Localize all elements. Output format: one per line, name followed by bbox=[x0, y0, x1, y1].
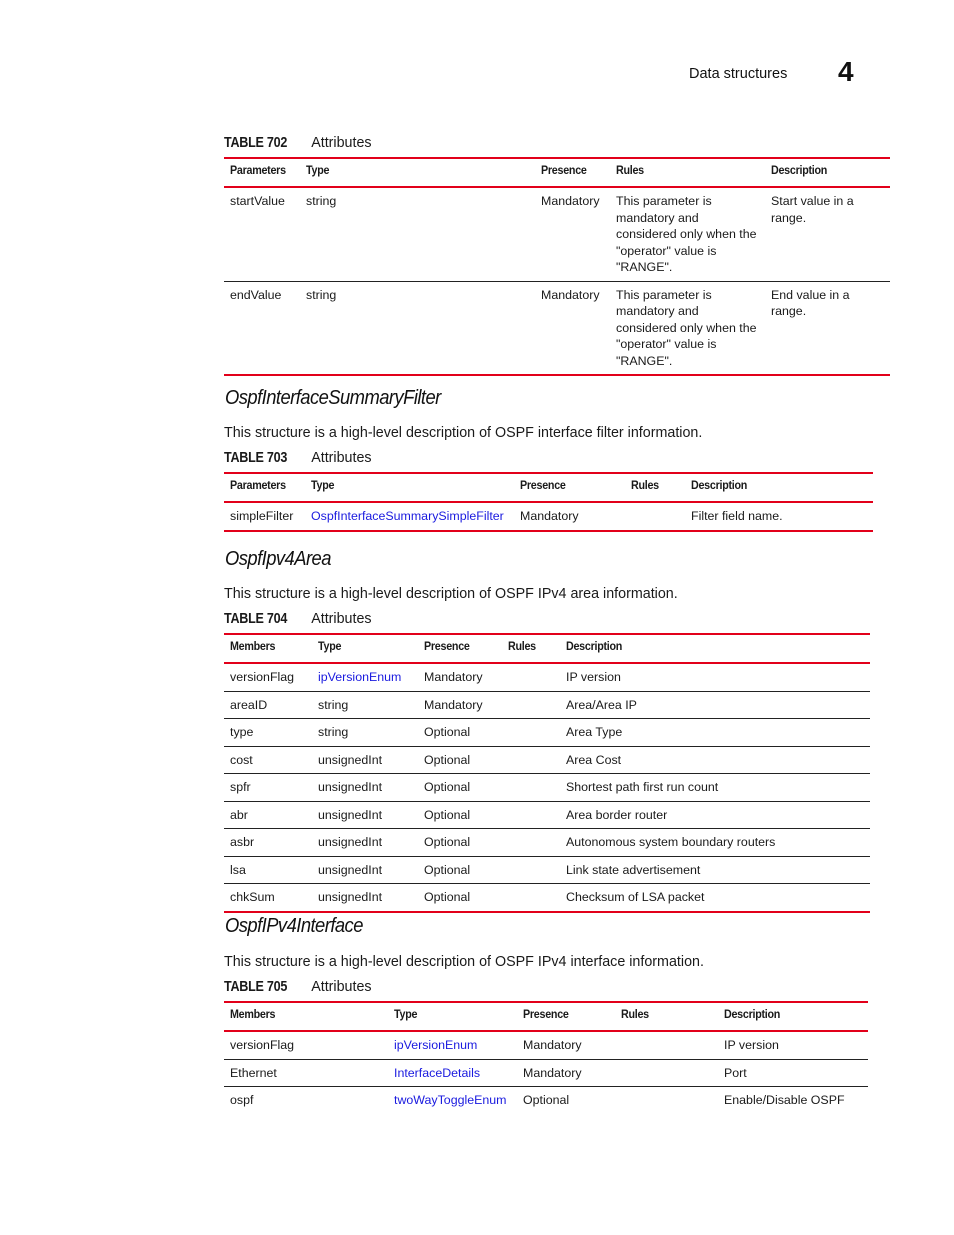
table-row: spfrunsignedIntOptionalShortest path fir… bbox=[224, 774, 870, 802]
cell-rules bbox=[625, 502, 685, 531]
column-header-label: Type bbox=[306, 163, 329, 177]
column-header: Parameters bbox=[224, 473, 305, 502]
column-header-label: Description bbox=[724, 1007, 780, 1021]
cell-presence: Optional bbox=[418, 884, 502, 912]
column-header: Members bbox=[224, 634, 312, 663]
cell-description: Autonomous system boundary routers bbox=[560, 829, 870, 857]
table-header-row: ParametersTypePresenceRulesDescription bbox=[224, 158, 890, 187]
table-705: MembersTypePresenceRulesDescriptionversi… bbox=[224, 1001, 868, 1114]
table-header-row: MembersTypePresenceRulesDescription bbox=[224, 634, 870, 663]
cell-rules bbox=[502, 829, 560, 857]
table-704-caption: TABLE 704 Attributes bbox=[224, 611, 372, 627]
table-703-caption: TABLE 703 Attributes bbox=[224, 450, 372, 466]
cell-rules: This parameter is mandatory and consider… bbox=[610, 281, 765, 375]
cell-type: string bbox=[312, 719, 418, 747]
column-header-label: Members bbox=[230, 1007, 275, 1021]
table-704: MembersTypePresenceRulesDescriptionversi… bbox=[224, 633, 870, 913]
table-row: ospftwoWayToggleEnumOptionalEnable/Disab… bbox=[224, 1087, 868, 1114]
table-row: simpleFilterOspfInterfaceSummarySimpleFi… bbox=[224, 502, 873, 531]
cell-description: Area border router bbox=[560, 801, 870, 829]
column-header: Description bbox=[560, 634, 870, 663]
cell-description: Area Type bbox=[560, 719, 870, 747]
cell-description: IP version bbox=[560, 663, 870, 691]
section-description: This structure is a high-level descripti… bbox=[224, 954, 704, 970]
table-row: EthernetInterfaceDetailsMandatoryPort bbox=[224, 1059, 868, 1087]
column-header-label: Description bbox=[691, 478, 747, 492]
table-number: TABLE 705 bbox=[224, 979, 298, 995]
cell-description: Shortest path first run count bbox=[560, 774, 870, 802]
column-header: Type bbox=[300, 158, 535, 187]
column-header: Type bbox=[305, 473, 514, 502]
table-number: TABLE 703 bbox=[224, 450, 298, 466]
column-header-label: Type bbox=[311, 478, 334, 492]
cell-name: chkSum bbox=[224, 884, 312, 912]
cell-name: areaID bbox=[224, 691, 312, 719]
cell-type: unsignedInt bbox=[312, 829, 418, 857]
table-702-caption: TABLE 702 Attributes bbox=[224, 135, 372, 151]
table-header-row: MembersTypePresenceRulesDescription bbox=[224, 1002, 868, 1031]
cell-presence: Optional bbox=[418, 856, 502, 884]
cell-presence: Optional bbox=[418, 719, 502, 747]
cell-rules bbox=[502, 746, 560, 774]
column-header-label: Members bbox=[230, 639, 275, 653]
section-description: This structure is a high-level descripti… bbox=[224, 586, 678, 602]
type-link[interactable]: ipVersionEnum bbox=[388, 1031, 517, 1059]
cell-rules bbox=[502, 801, 560, 829]
cell-presence: Optional bbox=[517, 1087, 615, 1114]
cell-presence: Optional bbox=[418, 774, 502, 802]
page-header: Data structures 4 bbox=[0, 58, 954, 98]
cell-presence: Mandatory bbox=[418, 663, 502, 691]
column-header-label: Parameters bbox=[230, 478, 286, 492]
column-header: Presence bbox=[418, 634, 502, 663]
chapter-number: 4 bbox=[838, 56, 854, 88]
cell-description: Filter field name. bbox=[685, 502, 873, 531]
cell-name: cost bbox=[224, 746, 312, 774]
table-number: TABLE 702 bbox=[224, 135, 298, 151]
cell-rules bbox=[502, 691, 560, 719]
cell-presence: Mandatory bbox=[535, 281, 610, 375]
column-header-label: Description bbox=[771, 163, 827, 177]
column-header: Presence bbox=[514, 473, 625, 502]
cell-rules bbox=[502, 719, 560, 747]
cell-name: abr bbox=[224, 801, 312, 829]
column-header: Description bbox=[765, 158, 890, 187]
cell-name: lsa bbox=[224, 856, 312, 884]
cell-name: asbr bbox=[224, 829, 312, 857]
column-header-label: Parameters bbox=[230, 163, 286, 177]
column-header: Type bbox=[388, 1002, 517, 1031]
cell-presence: Mandatory bbox=[517, 1031, 615, 1059]
column-header-label: Presence bbox=[541, 163, 587, 177]
cell-name: ospf bbox=[224, 1087, 388, 1114]
cell-description: Area/Area IP bbox=[560, 691, 870, 719]
table-row: versionFlagipVersionEnumMandatoryIP vers… bbox=[224, 1031, 868, 1059]
cell-rules bbox=[502, 856, 560, 884]
cell-name: endValue bbox=[224, 281, 300, 375]
table-row: asbrunsignedIntOptionalAutonomous system… bbox=[224, 829, 870, 857]
table-row: costunsignedIntOptionalArea Cost bbox=[224, 746, 870, 774]
cell-type: string bbox=[312, 691, 418, 719]
table-row: endValuestringMandatoryThis parameter is… bbox=[224, 281, 890, 375]
column-header: Rules bbox=[625, 473, 685, 502]
cell-rules bbox=[502, 663, 560, 691]
cell-name: startValue bbox=[224, 187, 300, 281]
cell-type: string bbox=[300, 187, 535, 281]
cell-rules bbox=[615, 1087, 718, 1114]
cell-type: unsignedInt bbox=[312, 801, 418, 829]
cell-type: unsignedInt bbox=[312, 856, 418, 884]
column-header-label: Description bbox=[566, 639, 622, 653]
table-header-row: ParametersTypePresenceRulesDescription bbox=[224, 473, 873, 502]
cell-description: Checksum of LSA packet bbox=[560, 884, 870, 912]
cell-rules bbox=[502, 774, 560, 802]
table-row: chkSumunsignedIntOptionalChecksum of LSA… bbox=[224, 884, 870, 912]
cell-presence: Optional bbox=[418, 801, 502, 829]
column-header-label: Rules bbox=[631, 478, 659, 492]
type-link[interactable]: twoWayToggleEnum bbox=[388, 1087, 517, 1114]
column-header: Rules bbox=[615, 1002, 718, 1031]
type-link[interactable]: InterfaceDetails bbox=[388, 1059, 517, 1087]
section-description: This structure is a high-level descripti… bbox=[224, 425, 702, 441]
column-header-label: Rules bbox=[508, 639, 536, 653]
column-header: Description bbox=[718, 1002, 868, 1031]
table-705-caption: TABLE 705 Attributes bbox=[224, 979, 372, 995]
type-link[interactable]: OspfInterfaceSummarySimpleFilter bbox=[305, 502, 514, 531]
table-row: areaIDstringMandatoryArea/Area IP bbox=[224, 691, 870, 719]
cell-description: Start value in a range. bbox=[765, 187, 890, 281]
cell-description: Link state advertisement bbox=[560, 856, 870, 884]
column-header: Presence bbox=[535, 158, 610, 187]
table-row: lsaunsignedIntOptionalLink state adverti… bbox=[224, 856, 870, 884]
section-title-ospf-ipv4-interface: OspfIPv4Interface bbox=[225, 915, 363, 938]
cell-name: type bbox=[224, 719, 312, 747]
cell-presence: Mandatory bbox=[517, 1059, 615, 1087]
cell-type: unsignedInt bbox=[312, 884, 418, 912]
cell-type: string bbox=[300, 281, 535, 375]
column-header: Type bbox=[312, 634, 418, 663]
column-header: Rules bbox=[502, 634, 560, 663]
table-702: ParametersTypePresenceRulesDescriptionst… bbox=[224, 157, 890, 376]
cell-rules bbox=[615, 1059, 718, 1087]
table-label: Attributes bbox=[311, 450, 371, 466]
column-header-label: Rules bbox=[621, 1007, 649, 1021]
column-header: Description bbox=[685, 473, 873, 502]
cell-description: IP version bbox=[718, 1031, 868, 1059]
cell-description: Area Cost bbox=[560, 746, 870, 774]
cell-presence: Optional bbox=[418, 829, 502, 857]
column-header-label: Rules bbox=[616, 163, 644, 177]
cell-presence: Optional bbox=[418, 746, 502, 774]
cell-description: Enable/Disable OSPF bbox=[718, 1087, 868, 1114]
column-header-label: Presence bbox=[523, 1007, 569, 1021]
cell-description: Port bbox=[718, 1059, 868, 1087]
column-header-label: Type bbox=[318, 639, 341, 653]
cell-presence: Mandatory bbox=[514, 502, 625, 531]
table-number: TABLE 704 bbox=[224, 611, 298, 627]
type-link[interactable]: ipVersionEnum bbox=[312, 663, 418, 691]
cell-name: versionFlag bbox=[224, 663, 312, 691]
table-label: Attributes bbox=[311, 979, 371, 995]
cell-name: spfr bbox=[224, 774, 312, 802]
cell-presence: Mandatory bbox=[418, 691, 502, 719]
cell-rules bbox=[615, 1031, 718, 1059]
cell-name: versionFlag bbox=[224, 1031, 388, 1059]
cell-rules: This parameter is mandatory and consider… bbox=[610, 187, 765, 281]
column-header-label: Type bbox=[394, 1007, 417, 1021]
cell-description: End value in a range. bbox=[765, 281, 890, 375]
table-row: abrunsignedIntOptionalArea border router bbox=[224, 801, 870, 829]
cell-presence: Mandatory bbox=[535, 187, 610, 281]
running-header-section: Data structures bbox=[689, 66, 787, 82]
column-header: Rules bbox=[610, 158, 765, 187]
column-header-label: Presence bbox=[520, 478, 566, 492]
column-header-label: Presence bbox=[424, 639, 470, 653]
column-header: Presence bbox=[517, 1002, 615, 1031]
cell-type: unsignedInt bbox=[312, 774, 418, 802]
cell-name: Ethernet bbox=[224, 1059, 388, 1087]
column-header: Parameters bbox=[224, 158, 300, 187]
table-row: startValuestringMandatoryThis parameter … bbox=[224, 187, 890, 281]
column-header: Members bbox=[224, 1002, 388, 1031]
table-703: ParametersTypePresenceRulesDescriptionsi… bbox=[224, 472, 873, 532]
table-label: Attributes bbox=[311, 611, 371, 627]
section-title-ospf-ipv4-area: OspfIpv4Area bbox=[225, 548, 331, 571]
table-row: versionFlagipVersionEnumMandatoryIP vers… bbox=[224, 663, 870, 691]
cell-name: simpleFilter bbox=[224, 502, 305, 531]
cell-type: unsignedInt bbox=[312, 746, 418, 774]
cell-rules bbox=[502, 884, 560, 912]
table-label: Attributes bbox=[311, 135, 371, 151]
table-row: typestringOptionalArea Type bbox=[224, 719, 870, 747]
section-title-ospf-interface-summary-filter: OspfInterfaceSummaryFilter bbox=[225, 387, 441, 410]
